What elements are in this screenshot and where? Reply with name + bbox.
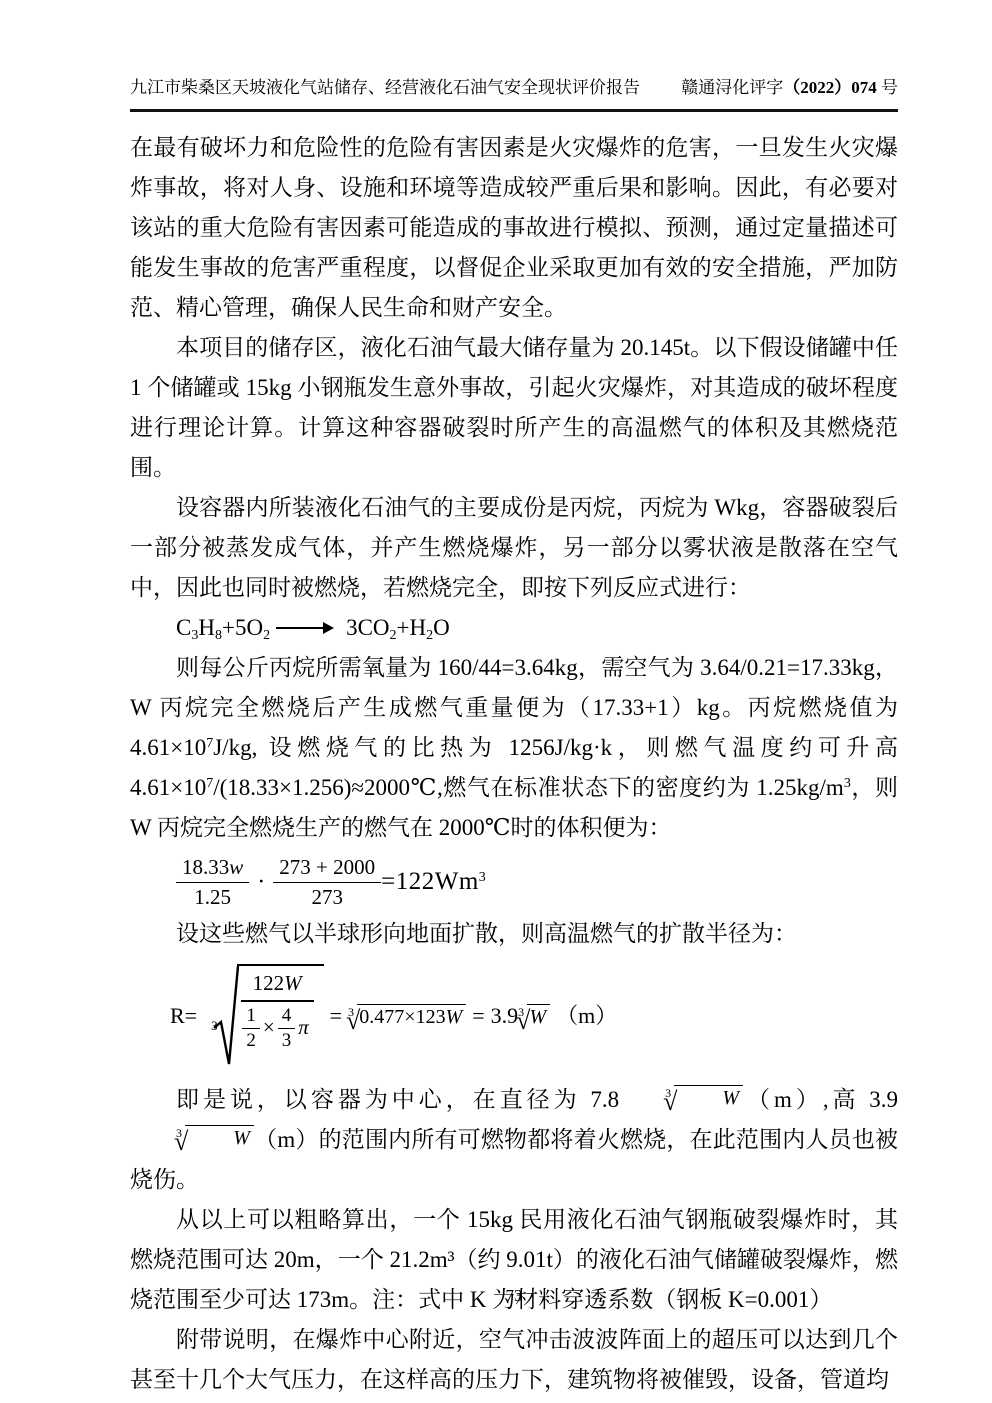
number: 122 [253,971,285,995]
fraction: 122W 12 × 43 π [241,970,314,1051]
number: 0.477×123 [359,1006,445,1028]
root-index: 3 [176,1126,182,1140]
text-run: （m）,高 3.9 [743,1087,898,1112]
text-run: /(18.33×1.256)≈2000℃,燃气在标准状态下的密度约为 1.25k… [213,775,844,800]
fraction: 12 [242,1005,260,1051]
header-report-title: 九江市柴桑区天坡液化气站储存、经营液化石油气安全现状评价报告 [130,76,640,100]
pi-symbol: π [298,1014,309,1041]
paragraph-burn-range: 即是说，以容器为中心，在直径为 7.83√W（m）,高 3.93√W（m）的范围… [130,1080,898,1200]
fraction: 43 [278,1005,296,1051]
variable-w: W [185,1125,254,1149]
header-doc-number: 赣通浔化评字（2022）074 号 [681,76,898,100]
text-run: 即是说，以容器为中心，在直径为 7.8 [176,1087,619,1112]
paragraph-hazard-intro: 在最有破坏力和危险性的危险有害因素是火灾爆炸的危害，一旦发生火灾爆炸事故，将对人… [130,128,898,328]
formula-spread-radius: R= 3 122W 12 × 43 π [170,962,898,1070]
chem-term: 3CO [346,615,389,640]
paragraph-combustion-calc: 则每公斤丙烷所需氧量为 160/44=3.64kg，需空气为 3.64/0.21… [130,648,898,848]
reaction-arrow-icon [276,627,332,629]
radius-lhs: R= [170,1003,197,1029]
variable-w: W [446,1006,463,1028]
chem-term: +H [397,615,427,640]
fraction-denominator: 3 [282,1029,292,1051]
paragraph-hemisphere: 设这些燃气以半球形向地面扩散，则高温燃气的扩散半径为： [130,914,898,954]
cube-root-inline: 3√W [619,1085,743,1109]
variable-w: W [527,1004,550,1028]
paragraph-overpressure: 附带说明，在爆炸中心附近，空气冲击波波阵面上的超压可以达到几个甚至十几个大气压力… [130,1320,898,1400]
fraction-denominator: 12 × 43 π [242,1002,311,1051]
fraction-numerator: 122W [241,970,314,1002]
chem-term: H [198,615,215,640]
chem-subscript: 2 [390,628,397,643]
superscript: 3 [479,870,487,885]
radicand: 0.477×123W [357,1004,466,1028]
chem-subscript: 2 [263,628,270,643]
chem-subscript: 8 [215,628,222,643]
chemical-equation: C3H8+5O23CO2+H2O [176,608,898,648]
root-index: 3 [348,1005,354,1019]
fraction-numerator: 4 [278,1005,296,1028]
fraction: 273 + 2000 273 [273,854,381,910]
page-number: 73 [506,1286,523,1305]
variable-w: W [284,971,302,995]
chem-term: O [433,615,450,640]
fraction-numerator: 1 [242,1005,260,1028]
root-index: 3 [211,1018,218,1034]
chem-term: +5O [222,615,263,640]
equals-sign: = [381,868,396,895]
cube-root-inline: 3√W [518,1004,550,1028]
fraction: 18.33w 1.25 [176,854,249,910]
fraction-numerator: 273 + 2000 [273,854,381,882]
chem-term: C [176,615,191,640]
cube-root-inline: 3√W [130,1125,254,1149]
document-body: 在最有破坏力和危险性的危险有害因素是火灾爆炸的危害，一旦发生火灾爆炸事故，将对人… [130,128,898,1400]
cube-root-large: 3 122W 12 × 43 π [211,964,324,1068]
fraction-denominator: 2 [246,1029,256,1051]
doc-number-suffix: 号 [877,78,898,97]
variable-w: w [229,855,243,879]
formula-gas-volume: 18.33w 1.25 · 273 + 2000 273 =122Wm3 [176,854,898,910]
fraction-denominator: 273 [311,883,343,910]
equals-sign: = [472,1003,484,1029]
unit-meters: （m） [556,1003,617,1029]
root-index: 3 [518,1005,524,1019]
header-rule [130,109,898,112]
variable-w: W [674,1085,743,1109]
page-footer: 73 [130,1286,898,1306]
paragraph-storage-assumption: 本项目的储存区，液化石油气最大储存量为 20.145t。以下假设储罐中任 1 个… [130,328,898,488]
number: 18.33 [182,855,229,879]
fraction-numerator: 18.33w [176,854,249,882]
formula-result: =122Wm3 [381,867,486,897]
multiply-dot: · [257,868,265,897]
radicand: 122W 12 × 43 π [237,964,324,1051]
document-page: 九江市柴桑区天坡液化气站储存、经营液化石油气安全现状评价报告 赣通浔化评字（20… [0,0,992,1403]
page-header: 九江市柴桑区天坡液化气站储存、经营液化石油气安全现状评价报告 赣通浔化评字（20… [130,76,898,112]
equals-sign: = [330,1003,342,1029]
doc-number-value: （2022）074 [783,78,877,97]
superscript: 3 [844,776,851,791]
fraction-denominator: 1.25 [194,883,231,910]
paragraph-propane-setup: 设容器内所装液化石油气的主要成份是丙烷，丙烷为 Wkg，容器破裂后一部分被蒸发成… [130,488,898,608]
radical-sign-icon [213,964,239,1068]
coefficient: 3.9 [491,1003,519,1029]
root-index: 3 [665,1086,671,1100]
doc-number-prefix: 赣通浔化评字 [681,78,783,97]
cube-root-inline: 3√0.477×123W [348,1004,466,1028]
times-sign: × [263,1014,275,1041]
result-value: 122Wm [396,868,479,895]
